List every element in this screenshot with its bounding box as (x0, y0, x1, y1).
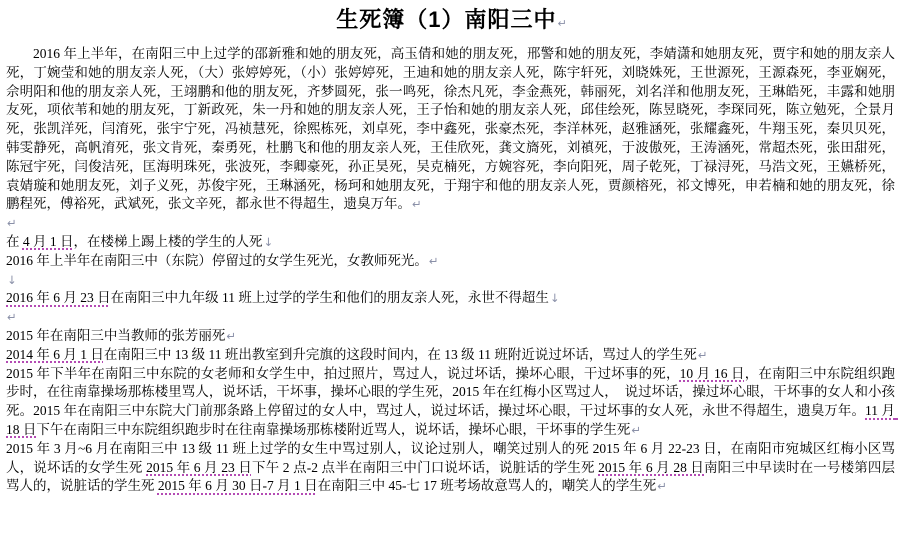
line-break-mark-icon: ↓ (6, 273, 17, 287)
spellcheck-underlined-text: 2015 年 6 月 23 日 (146, 460, 252, 475)
paragraph-mark-icon: ↵ (630, 423, 641, 437)
spellcheck-underlined-text: 4 月 1 日 (23, 234, 74, 249)
paragraph-mark-icon: ↵ (428, 254, 439, 268)
paragraph[interactable]: 2015 年 3 月~6 月在南阳三中 13 级 11 班上过学的女生中骂过别人… (6, 440, 895, 496)
paragraph[interactable]: 2016 年 6 月 23 日在南阳三中九年级 11 班上过学的学生和他们的朋友… (6, 289, 895, 308)
body-text: 2016 年上半年，在南阳三中上过学的邵新雅和她的朋友死，高玉倩和她的朋友死，邢… (6, 46, 895, 211)
paragraph-mark-icon: ↵ (225, 329, 236, 343)
body-text: 在 (6, 234, 23, 249)
paragraph[interactable]: ↓ (6, 271, 895, 290)
paragraph[interactable]: 2016 年上半年，在南阳三中上过学的邵新雅和她的朋友死，高玉倩和她的朋友死，邢… (6, 45, 895, 214)
paragraph-mark-icon: ↵ (656, 479, 667, 493)
line-break-mark-icon: ↓ (263, 235, 274, 249)
paragraph-mark-icon: ↵ (411, 197, 422, 211)
document-body[interactable]: 2016 年上半年，在南阳三中上过学的邵新雅和她的朋友死，高玉倩和她的朋友死，邢… (0, 45, 903, 496)
paragraph[interactable]: ↵ (6, 308, 895, 327)
paragraph[interactable]: 2015 年在南阳三中当教师的张芳丽死↵ (6, 327, 895, 346)
spellcheck-underlined-text: 2016 年 6 月 23 日 (6, 290, 111, 305)
paragraph-mark-icon: ↵ (6, 216, 17, 230)
paragraph-mark-icon: ↵ (557, 17, 567, 30)
paragraph[interactable]: ↵ (6, 214, 895, 233)
body-text: 在南阳三中九年级 11 班上过学的学生和他们的朋友亲人死，永世不得超生 (111, 290, 549, 305)
body-text: 下午在南阳三中东院组织跑步时在往南靠操场那栋楼附近骂人，说坏话，操坏心眼，干坏事… (36, 422, 630, 437)
body-text: 在南阳三中 45-七 17 班考场故意骂人的，嘲笑人的学生死 (318, 478, 657, 493)
body-text: 2015 年在南阳三中当教师的张芳丽死 (6, 328, 225, 343)
paragraph[interactable]: 2015 年下半年在南阳三中东院的女老师和女学生中，拍过照片，骂过人，说过坏话，… (6, 365, 895, 440)
spellcheck-underlined-text: 2015 年 6 月 28 日 (598, 460, 704, 475)
body-text: 下午 2 点-2 点半在南阳三中门口说坏话，说脏话的学生死 (252, 460, 598, 475)
paragraph-mark-icon: ↵ (697, 348, 708, 362)
paragraph[interactable]: 2014 年 6 月 1 日在南阳三中 13 级 11 班出教室到升完旗的这段时… (6, 346, 895, 365)
document-page[interactable]: 生死簿（1）南阳三中↵ 2016 年上半年，在南阳三中上过学的邵新雅和她的朋友死… (0, 0, 903, 549)
paragraph[interactable]: 2016 年上半年在南阳三中（东院）停留过的女学生死光，女教师死光。↵ (6, 252, 895, 271)
body-text: 2015 年下半年在南阳三中东院的女老师和女学生中，拍过照片，骂过人，说过坏话，… (6, 366, 680, 381)
body-text: ，在楼梯上踢上楼的学生的人死 (74, 234, 263, 249)
paragraph-mark-icon: ↵ (6, 310, 17, 324)
spellcheck-underlined-text: 2015 年 6 月 30 日-7 月 1 日 (158, 478, 318, 493)
spellcheck-underlined-text: 10 月 16 日 (680, 366, 745, 381)
title-text: 生死簿（1）南阳三中 (336, 7, 556, 32)
document-title: 生死簿（1）南阳三中↵ (0, 0, 903, 45)
spellcheck-underlined-text: 2014 年 6 月 1 日 (6, 347, 104, 362)
body-text: 2016 年上半年在南阳三中（东院）停留过的女学生死光，女教师死光。 (6, 253, 428, 268)
paragraph[interactable]: 在 4 月 1 日，在楼梯上踢上楼的学生的人死↓ (6, 233, 895, 252)
body-text: 在南阳三中 13 级 11 班出教室到升完旗的这段时间内，在 13 级 11 班… (104, 347, 697, 362)
line-break-mark-icon: ↓ (549, 291, 560, 305)
